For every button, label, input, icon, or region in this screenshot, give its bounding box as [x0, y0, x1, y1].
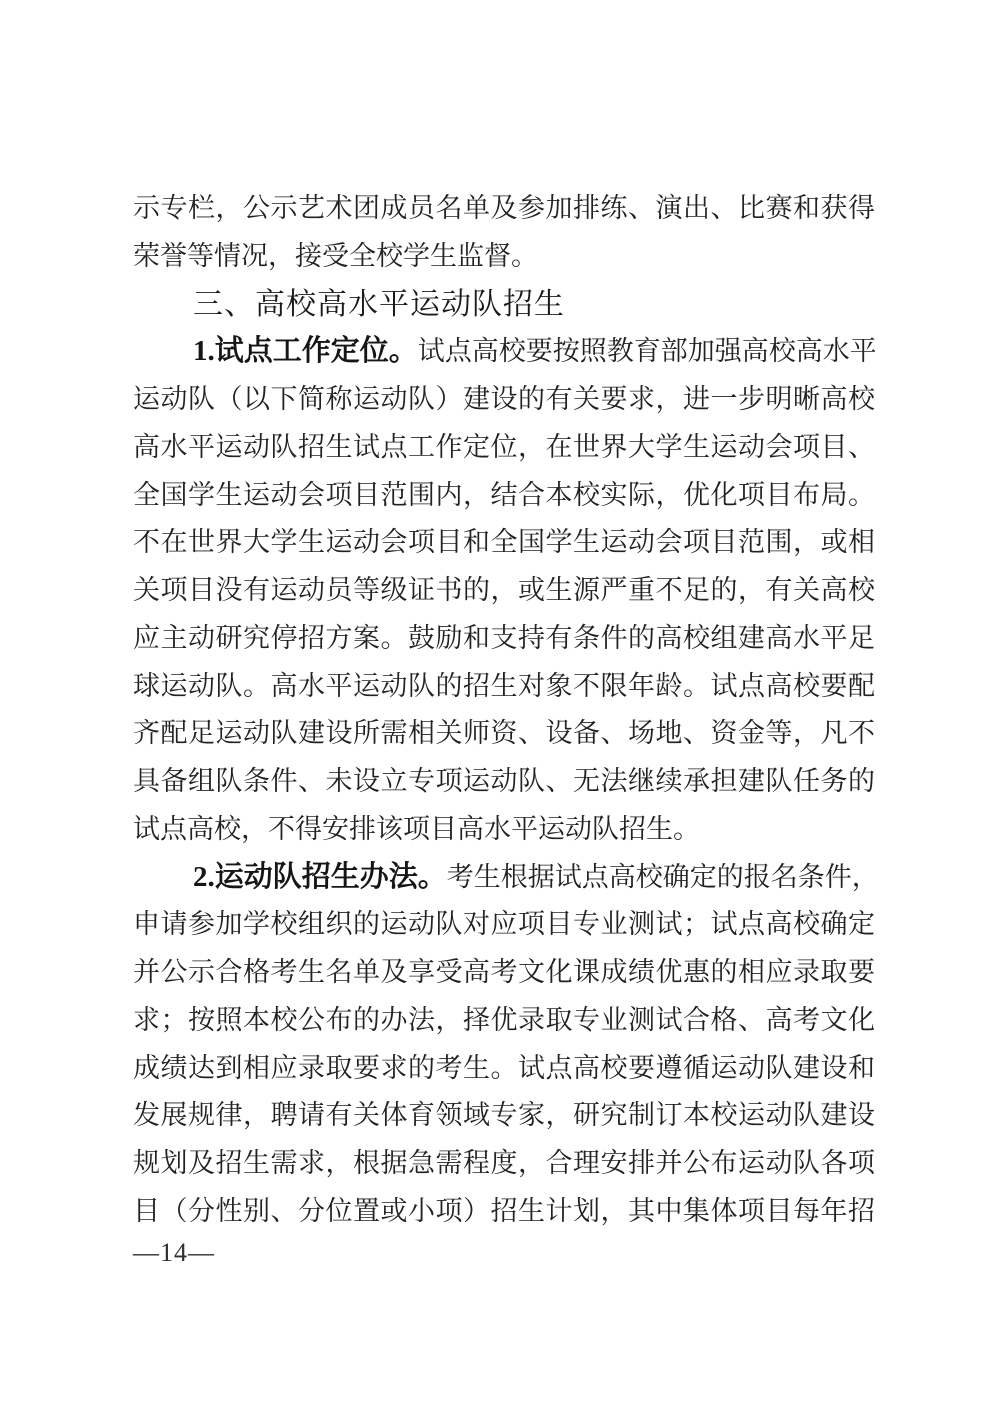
text-line: 高水平运动队招生试点工作定位，在世界大学生运动会项目、 [133, 424, 875, 472]
body-text: 全国学生运动会项目范围内，结合本校实际，优化项目布局。 [133, 480, 875, 510]
document-body: 示专栏，公示艺术团成员名单及参加排练、演出、比赛和获得荣誉等情况，接受全校学生监… [133, 185, 875, 1236]
section-heading: 三、高校高水平运动队招生 [133, 281, 875, 329]
text-line: 2.运动队招生办法。考生根据试点高校确定的报名条件， [133, 854, 875, 902]
body-text: 考生根据试点高校确定的报名条件， [447, 862, 875, 892]
body-text: 试点高校要按照教育部加强高校高水平 [418, 336, 875, 366]
body-text: 试点高校，不得安排该项目高水平运动队招生。 [133, 814, 700, 844]
text-line: 运动队（以下简称运动队）建设的有关要求，进一步明晰高校 [133, 376, 875, 424]
body-text: 应主动研究停招方案。鼓励和支持有条件的高校组建高水平足 [133, 623, 875, 653]
body-text: 不在世界大学生运动会项目和全国学生运动会项目范围，或相 [133, 527, 875, 557]
body-text: 发展规律，聘请有关体育领域专家，研究制订本校运动队建设 [133, 1100, 875, 1130]
text-line: 求；按照本校公布的办法，择优录取专业测试合格、高考文化 [133, 997, 875, 1045]
text-line: 成绩达到相应录取要求的考生。试点高校要遵循运动队建设和 [133, 1045, 875, 1093]
body-text: 目（分性别、分位置或小项）招生计划，其中集体项目每年招 [133, 1196, 875, 1226]
text-line: 示专栏，公示艺术团成员名单及参加排练、演出、比赛和获得 [133, 185, 875, 233]
bold-lead-text: 三、高校高水平运动队招生 [193, 288, 565, 321]
text-line: 全国学生运动会项目范围内，结合本校实际，优化项目布局。 [133, 472, 875, 520]
body-text: 球运动队。高水平运动队的招生对象不限年龄。试点高校要配 [133, 671, 875, 701]
body-text: 运动队（以下简称运动队）建设的有关要求，进一步明晰高校 [133, 384, 875, 414]
bold-lead-text: 2.运动队招生办法。 [193, 861, 447, 893]
text-line: 应主动研究停招方案。鼓励和支持有条件的高校组建高水平足 [133, 615, 875, 663]
text-line: 1.试点工作定位。试点高校要按照教育部加强高校高水平 [133, 328, 875, 376]
body-text: 具备组队条件、未设立专项运动队、无法继续承担建队任务的 [133, 766, 875, 796]
text-line: 并公示合格考生名单及享受高考文化课成绩优惠的相应录取要 [133, 949, 875, 997]
body-text: 高水平运动队招生试点工作定位，在世界大学生运动会项目、 [133, 432, 875, 462]
text-line: 球运动队。高水平运动队的招生对象不限年龄。试点高校要配 [133, 663, 875, 711]
body-text: 求；按照本校公布的办法，择优录取专业测试合格、高考文化 [133, 1005, 875, 1035]
text-line: 关项目没有运动员等级证书的，或生源严重不足的，有关高校 [133, 567, 875, 615]
text-line: 荣誉等情况，接受全校学生监督。 [133, 233, 875, 281]
body-text: 规划及招生需求，根据急需程度，合理安排并公布运动队各项 [133, 1148, 875, 1178]
text-line: 试点高校，不得安排该项目高水平运动队招生。 [133, 806, 875, 854]
body-text: 齐配足运动队建设所需相关师资、设备、场地、资金等，凡不 [133, 718, 875, 748]
body-text: 荣誉等情况，接受全校学生监督。 [133, 241, 538, 271]
text-line: 不在世界大学生运动会项目和全国学生运动会项目范围，或相 [133, 519, 875, 567]
body-text: 申请参加学校组织的运动队对应项目专业测试；试点高校确定 [133, 909, 875, 939]
body-text: 并公示合格考生名单及享受高考文化课成绩优惠的相应录取要 [133, 957, 875, 987]
text-line: 发展规律，聘请有关体育领域专家，研究制订本校运动队建设 [133, 1092, 875, 1140]
text-line: 目（分性别、分位置或小项）招生计划，其中集体项目每年招 [133, 1188, 875, 1236]
document-page: 示专栏，公示艺术团成员名单及参加排练、演出、比赛和获得荣誉等情况，接受全校学生监… [0, 0, 1000, 1415]
page-number: —14— [133, 1238, 215, 1268]
body-text: 成绩达到相应录取要求的考生。试点高校要遵循运动队建设和 [133, 1053, 875, 1083]
text-line: 申请参加学校组织的运动队对应项目专业测试；试点高校确定 [133, 901, 875, 949]
body-text: 示专栏，公示艺术团成员名单及参加排练、演出、比赛和获得 [133, 193, 875, 223]
text-line: 具备组队条件、未设立专项运动队、无法继续承担建队任务的 [133, 758, 875, 806]
text-line: 规划及招生需求，根据急需程度，合理安排并公布运动队各项 [133, 1140, 875, 1188]
text-line: 齐配足运动队建设所需相关师资、设备、场地、资金等，凡不 [133, 710, 875, 758]
bold-lead-text: 1.试点工作定位。 [193, 335, 418, 367]
body-text: 关项目没有运动员等级证书的，或生源严重不足的，有关高校 [133, 575, 875, 605]
